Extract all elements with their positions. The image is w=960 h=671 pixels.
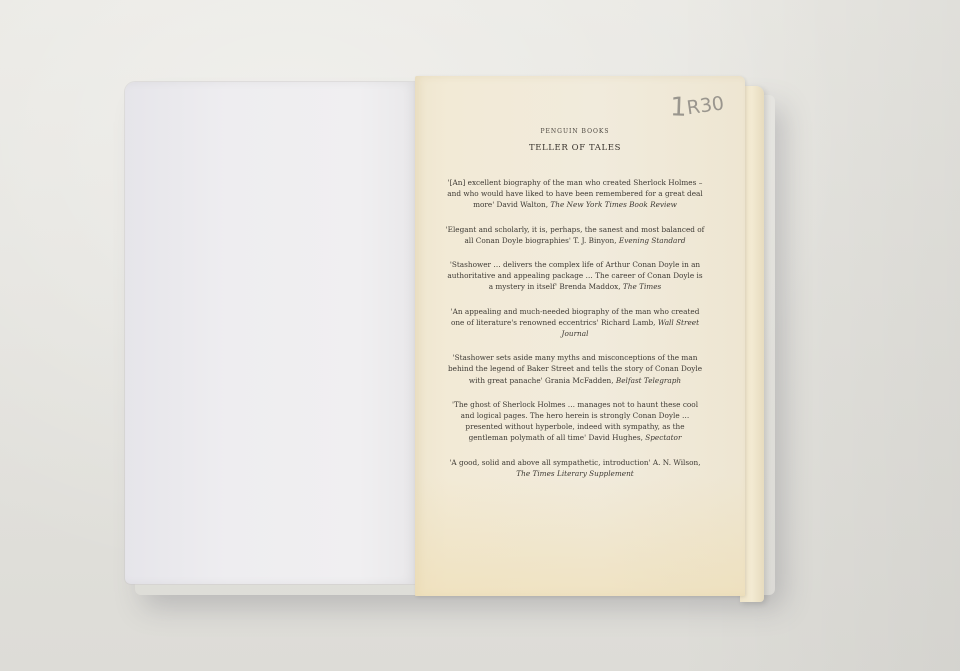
quote-attribution: A. N. Wilson,	[653, 458, 701, 467]
handwritten-price-note: 1R30	[668, 86, 726, 123]
book-title: TELLER OF TALES	[445, 143, 705, 153]
review-quote: 'Stashower sets aside many myths and mis…	[445, 352, 705, 386]
left-page-blank-endpaper	[125, 82, 417, 584]
quote-source: Belfast Telegraph	[616, 376, 681, 385]
right-page-praise: 1R30 PENGUIN BOOKS TELLER OF TALES '[An]…	[415, 76, 745, 596]
page-aging-tint	[415, 476, 745, 596]
review-quote: 'An appealing and much-needed biography …	[445, 306, 705, 340]
quote-attribution: David Walton,	[497, 200, 549, 209]
quote-attribution: T. J. Binyon,	[573, 236, 616, 245]
praise-content: PENGUIN BOOKS TELLER OF TALES '[An] exce…	[445, 128, 705, 492]
quote-text: 'A good, solid and above all sympathetic…	[449, 458, 650, 467]
review-quote: 'A good, solid and above all sympathetic…	[445, 457, 705, 479]
quote-source: The Times	[623, 282, 661, 291]
quote-source: Evening Standard	[619, 236, 686, 245]
quote-source: The New York Times Book Review	[550, 200, 677, 209]
review-quote: 'The ghost of Sherlock Holmes … manages …	[445, 399, 705, 444]
review-quote: 'Stashower … delivers the complex life o…	[445, 259, 705, 293]
handwritten-number: 1	[670, 92, 688, 123]
handwritten-price: R30	[685, 92, 725, 119]
quote-source: Spectator	[645, 433, 681, 442]
quote-attribution: Grania McFadden,	[545, 376, 614, 385]
quote-source: The Times Literary Supplement	[516, 469, 633, 478]
review-quote: 'Elegant and scholarly, it is, perhaps, …	[445, 224, 705, 246]
publisher-name: PENGUIN BOOKS	[445, 128, 705, 135]
quote-attribution: Brenda Maddox,	[559, 282, 620, 291]
quote-attribution: Richard Lamb,	[601, 318, 656, 327]
review-quote: '[An] excellent biography of the man who…	[445, 177, 705, 211]
quote-attribution: David Hughes,	[588, 433, 642, 442]
